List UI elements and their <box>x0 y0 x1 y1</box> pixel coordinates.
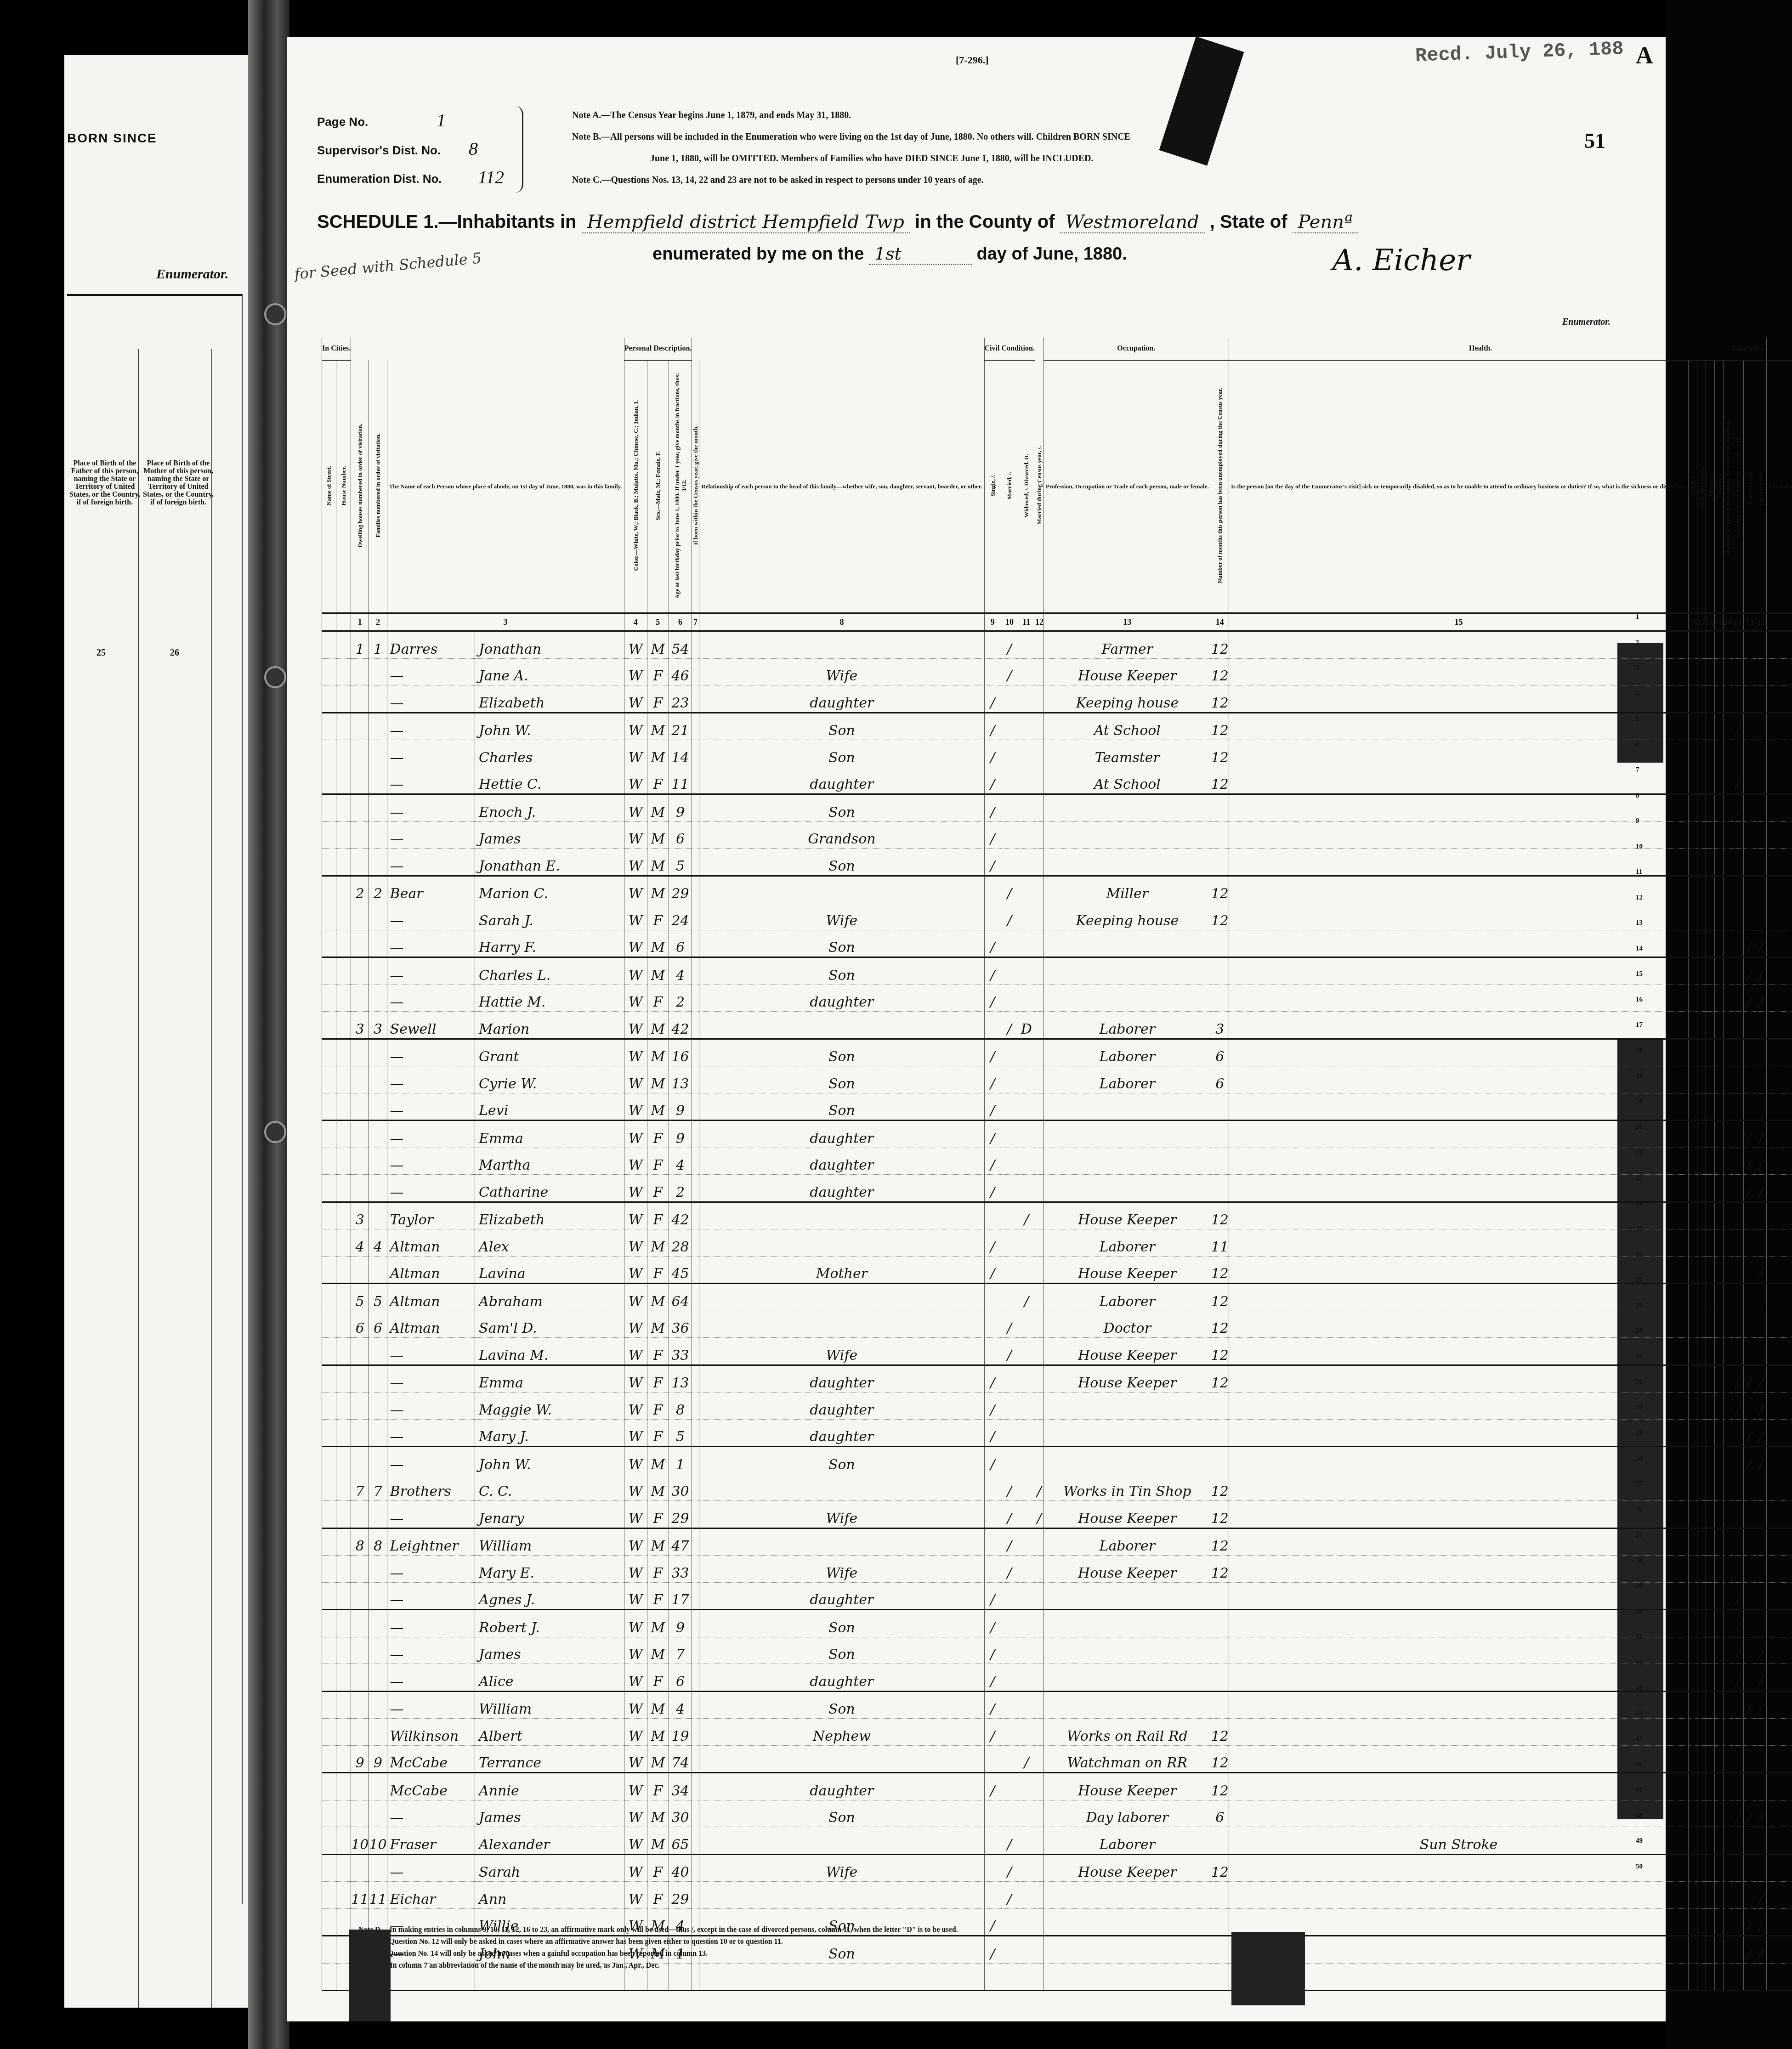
cell-occupation <box>1043 794 1211 822</box>
cell-birthplace: Pennª <box>1767 767 1792 794</box>
cell-house <box>336 1882 351 1909</box>
cell-cannot-read <box>1744 1229 1755 1257</box>
note-g: Note G.—In column 7 an abbreviation of t… <box>358 1960 958 1972</box>
cell-age: 6 <box>669 1664 692 1692</box>
cell-blind <box>1689 1447 1697 1474</box>
cell-married <box>1001 1284 1018 1311</box>
cell-deaf-dumb <box>1697 1556 1706 1583</box>
cell-birthplace: Pennª <box>1767 1202 1792 1229</box>
col-family-header: Families numbered in order of visitation… <box>369 360 387 613</box>
cell-family <box>369 1637 387 1664</box>
cell-given-name: Maggie W. <box>475 1392 624 1420</box>
cell-age: 7 <box>669 1637 692 1664</box>
col-maimed-header: Maimed, Crippled, Bedridden, or otherwis… <box>1724 360 1732 613</box>
cell-color: W <box>624 1284 647 1311</box>
header-notes: Note A.—The Census Year begins June 1, 1… <box>572 105 1537 191</box>
census-row: 99McCabeTerranceWM74/Watchman on RR12Ire… <box>322 1745 1792 1773</box>
cell-married-census-year <box>1035 1719 1043 1746</box>
cell-cannot-write: / <box>1755 1691 1767 1719</box>
cell-street <box>322 1392 336 1420</box>
cell-occupation: Farmer <box>1043 631 1211 659</box>
cell-sickness <box>1229 1501 1688 1528</box>
col-street-header: Name of Street. <box>322 360 336 613</box>
cell-age: 46 <box>669 658 692 685</box>
cell-street <box>322 821 336 849</box>
cell-single <box>984 1474 1001 1501</box>
cell-sickness <box>1229 1474 1688 1501</box>
cell-maimed <box>1724 1392 1732 1420</box>
cell-married: / <box>1001 1012 1018 1039</box>
cell-cannot-read <box>1744 1501 1755 1528</box>
line-number: 31 <box>1636 1378 1643 1386</box>
cell-idiotic <box>1706 1528 1715 1556</box>
col-num: 9 <box>984 613 1001 631</box>
cell-single: / <box>984 1719 1001 1746</box>
cell-idiotic <box>1706 1610 1715 1637</box>
cell-deaf-dumb <box>1697 985 1706 1012</box>
cell-married <box>1001 1800 1018 1827</box>
cell-dwelling: 8 <box>351 1528 369 1556</box>
cell-dwelling <box>351 1338 369 1365</box>
cell-maimed <box>1724 1419 1732 1447</box>
cell-maimed <box>1724 1365 1732 1392</box>
cell-months-unemployed: 12 <box>1211 876 1229 903</box>
cell-deaf-dumb <box>1697 876 1706 903</box>
census-row: —JenaryWF29Wife//House Keeper12PennPennP… <box>322 1501 1792 1528</box>
cell-married-census-year <box>1035 1610 1043 1637</box>
cell-months-unemployed: 12 <box>1211 631 1229 659</box>
cell-age: 29 <box>669 1501 692 1528</box>
cell-given-name: Sarah J. <box>475 903 624 930</box>
cell-birthplace: Ireland <box>1767 1745 1792 1773</box>
cell-age: 65 <box>669 1827 692 1855</box>
cell-family: 5 <box>369 1284 387 1311</box>
cell-idiotic <box>1706 1800 1715 1827</box>
cell-months-unemployed: 12 <box>1211 1528 1229 1556</box>
line-number: 2 <box>1636 639 1639 647</box>
cell-age: 30 <box>669 1474 692 1501</box>
cell-maimed <box>1724 876 1732 903</box>
cell-maimed <box>1724 1610 1732 1637</box>
cell-cannot-write: / <box>1755 1256 1767 1284</box>
cell-street <box>322 1773 336 1800</box>
col-num: 7 <box>692 613 699 631</box>
binder-ring <box>264 666 286 688</box>
cell-months-unemployed: 12 <box>1211 713 1229 740</box>
state-name: Pennª <box>1293 211 1358 233</box>
cell-cannot-write: / <box>1755 1908 1767 1936</box>
cell-surname: — <box>387 1556 475 1583</box>
cell-family <box>369 713 387 740</box>
cell-blind <box>1689 1012 1697 1039</box>
cell-surname: — <box>387 930 475 957</box>
cell-street <box>322 1854 336 1882</box>
cell-color: W <box>624 1719 647 1746</box>
cell-attended-school <box>1732 1501 1744 1528</box>
cell-occupation: House Keeper <box>1043 1365 1211 1392</box>
cell-age: 19 <box>669 1719 692 1746</box>
cell-house <box>336 1256 351 1284</box>
cell-age: 9 <box>669 1121 692 1148</box>
cell-dwelling: 6 <box>351 1311 369 1338</box>
cell-months-unemployed <box>1211 1447 1229 1474</box>
cell-maimed <box>1724 1963 1732 1991</box>
cell-color: W <box>624 1773 647 1800</box>
note-f: Note F.—Question No. 14 will only be ask… <box>358 1948 958 1960</box>
cell-blind <box>1689 957 1697 985</box>
cell-cannot-read <box>1744 1556 1755 1583</box>
cell-relationship: daughter <box>699 985 984 1012</box>
cell-cannot-read <box>1744 1827 1755 1855</box>
cell-maimed <box>1724 740 1732 767</box>
cell-relationship: Wife <box>699 1501 984 1528</box>
cell-given-name: Charles <box>475 740 624 767</box>
group-civil: Civil Condition. <box>984 338 1035 360</box>
cell-attended-school <box>1732 1963 1744 1991</box>
cell-street <box>322 794 336 822</box>
cell-dwelling <box>351 1148 369 1175</box>
cell-married <box>1001 1664 1018 1692</box>
cell-married <box>1001 1447 1018 1474</box>
column-number-row: 1 2 3 4 5 6 7 8 9 10 11 12 13 14 15 16 1… <box>322 613 1792 631</box>
cell-sex: F <box>647 685 669 713</box>
cell-attended-school <box>1732 876 1744 903</box>
cell-relationship: Son <box>699 957 984 985</box>
cell-age: 29 <box>669 1882 692 1909</box>
cell-months-unemployed <box>1211 1882 1229 1909</box>
cell-birthplace: Pennª <box>1767 1121 1792 1148</box>
cell-relationship: daughter <box>699 1419 984 1447</box>
cell-months-unemployed: 12 <box>1211 1719 1229 1746</box>
cell-idiotic <box>1706 1637 1715 1664</box>
cell-street <box>322 1175 336 1202</box>
cell-occupation: Laborer <box>1043 1827 1211 1855</box>
line-number: 39 <box>1636 1582 1643 1590</box>
cell-family <box>369 1093 387 1121</box>
cell-single: / <box>984 1582 1001 1610</box>
cell-sex: F <box>647 1664 669 1692</box>
cell-occupation: Laborer <box>1043 1012 1211 1039</box>
cell-married <box>1001 1256 1018 1284</box>
cell-deaf-dumb <box>1697 849 1706 876</box>
cell-dwelling <box>351 1610 369 1637</box>
cell-married <box>1001 1719 1018 1746</box>
cell-attended-school: / <box>1732 713 1744 740</box>
line-number: 28 <box>1636 1302 1643 1310</box>
cell-married <box>1001 1066 1018 1093</box>
cell-cannot-write: / <box>1755 1175 1767 1202</box>
cell-widowed <box>1018 1093 1035 1121</box>
cell-street <box>322 1419 336 1447</box>
cell-street <box>322 1556 336 1583</box>
cell-sickness <box>1229 1664 1688 1692</box>
cell-sex: M <box>647 1066 669 1093</box>
cell-cannot-read <box>1744 1882 1755 1909</box>
cell-idiotic <box>1706 985 1715 1012</box>
line-number: 32 <box>1636 1404 1643 1412</box>
cell-occupation <box>1043 1582 1211 1610</box>
cell-age: 29 <box>669 876 692 903</box>
cell-birth-month <box>692 1582 699 1610</box>
cell-surname: — <box>387 821 475 849</box>
cell-idiotic <box>1706 1338 1715 1365</box>
cell-sickness <box>1229 903 1688 930</box>
cell-house <box>336 849 351 876</box>
cell-house <box>336 1528 351 1556</box>
cell-deaf-dumb <box>1697 1392 1706 1420</box>
cell-age: 42 <box>669 1012 692 1039</box>
cell-age: 9 <box>669 794 692 822</box>
cell-birthplace: Penn <box>1767 1447 1792 1474</box>
cell-occupation: Watchman on RR <box>1043 1745 1211 1773</box>
cell-sex: F <box>647 1175 669 1202</box>
cell-family <box>369 957 387 985</box>
cell-street <box>322 1501 336 1528</box>
supervisor-label: Supervisor's Dist. No. <box>317 143 441 157</box>
cell-sex: M <box>647 1827 669 1855</box>
cell-deaf-dumb <box>1697 740 1706 767</box>
cell-blind <box>1689 1093 1697 1121</box>
cell-single <box>984 1854 1001 1882</box>
cell-widowed <box>1018 1148 1035 1175</box>
note-b1: Note B.—All persons will be included in … <box>572 126 1537 148</box>
cell-surname: Wilkinson <box>387 1719 475 1746</box>
cell-surname: — <box>387 1854 475 1882</box>
cell-birthplace: Penn <box>1767 1556 1792 1583</box>
cell-dwelling <box>351 849 369 876</box>
cell-widowed <box>1018 767 1035 794</box>
cell-married-census-year <box>1035 1338 1043 1365</box>
cell-widowed <box>1018 1474 1035 1501</box>
cell-single <box>984 1012 1001 1039</box>
cell-months-unemployed <box>1211 985 1229 1012</box>
cell-sickness <box>1229 767 1688 794</box>
cell-birth-month <box>692 1202 699 1229</box>
cell-surname: — <box>387 1175 475 1202</box>
cell-given-name: William <box>475 1528 624 1556</box>
cell-age: 13 <box>669 1066 692 1093</box>
cell-occupation <box>1043 1610 1211 1637</box>
cell-single: / <box>984 1229 1001 1257</box>
cell-insane <box>1715 1419 1724 1447</box>
cell-widowed <box>1018 658 1035 685</box>
cell-birth-month <box>692 1256 699 1284</box>
cell-sex: M <box>647 1800 669 1827</box>
cell-single: / <box>984 1419 1001 1447</box>
census-row: 11DarresJonathanWM54/Farmer12PennªPennªP… <box>322 631 1792 659</box>
schedule-title: SCHEDULE 1.—Inhabitants in Hempfield dis… <box>317 211 1358 233</box>
cell-relationship: Son <box>699 713 984 740</box>
cell-dwelling <box>351 1365 369 1392</box>
cell-single <box>984 876 1001 903</box>
cell-insane <box>1715 1528 1724 1556</box>
cell-widowed <box>1018 1719 1035 1746</box>
cell-cannot-read <box>1744 1664 1755 1692</box>
cell-birth-month <box>692 1501 699 1528</box>
cell-surname: — <box>387 1800 475 1827</box>
cell-dwelling: 3 <box>351 1012 369 1039</box>
cell-deaf-dumb <box>1697 794 1706 822</box>
cell-single: / <box>984 1093 1001 1121</box>
cell-deaf-dumb <box>1697 1338 1706 1365</box>
cell-married <box>1001 1093 1018 1121</box>
cell-insane <box>1715 1229 1724 1257</box>
cell-relationship: daughter <box>699 767 984 794</box>
cell-birthplace: Pennª <box>1767 1854 1792 1882</box>
cell-relationship: Wife <box>699 903 984 930</box>
cell-birthplace: Pennª <box>1767 685 1792 713</box>
cell-given-name: Martha <box>475 1148 624 1175</box>
census-row: —Jonathan E.WM5Son/PennPennPenn <box>322 849 1792 876</box>
cell-married-census-year <box>1035 1419 1043 1447</box>
cell-married <box>1001 740 1018 767</box>
cell-relationship: Wife <box>699 1556 984 1583</box>
cell-house <box>336 1610 351 1637</box>
cell-sickness <box>1229 1882 1688 1909</box>
cell-cannot-read <box>1744 876 1755 903</box>
cell-maimed <box>1724 957 1732 985</box>
cell-relationship: Son <box>699 1447 984 1474</box>
cell-dwelling <box>351 1039 369 1066</box>
cell-sickness <box>1229 1800 1688 1827</box>
cell-attended-school <box>1732 1311 1744 1338</box>
col-num: 16 <box>1689 613 1697 631</box>
cell-insane <box>1715 1908 1724 1936</box>
cell-deaf-dumb <box>1697 1773 1706 1800</box>
cell-married: / <box>1001 1501 1018 1528</box>
cell-married-census-year: / <box>1035 1474 1043 1501</box>
cell-attended-school: / <box>1732 767 1744 794</box>
cell-family: 10 <box>369 1827 387 1855</box>
cell-color: W <box>624 1175 647 1202</box>
cell-cannot-write <box>1755 849 1767 876</box>
cell-maimed <box>1724 1936 1732 1964</box>
census-row: McCabeAnnieWF34daughter/House Keeper12Ma… <box>322 1773 1792 1800</box>
cell-blind <box>1689 903 1697 930</box>
cell-dwelling <box>351 1800 369 1827</box>
cell-birthplace: Pennª <box>1767 903 1792 930</box>
cell-birthplace: Penn <box>1767 1501 1792 1528</box>
cell-given-name: James <box>475 821 624 849</box>
cell-family: 11 <box>369 1882 387 1909</box>
line-number: 6 <box>1636 741 1639 749</box>
col-idiotic-header: Idiotic, /. <box>1706 360 1715 613</box>
census-row: —WilliamWM4Son///PennPennPenn <box>322 1691 1792 1719</box>
cell-insane <box>1715 1827 1724 1855</box>
cell-sex: M <box>647 713 669 740</box>
cell-married <box>1001 794 1018 822</box>
cell-color: W <box>624 849 647 876</box>
cell-attended-school <box>1732 1773 1744 1800</box>
col-num: 11 <box>1018 613 1035 631</box>
cell-single: / <box>984 985 1001 1012</box>
cell-idiotic <box>1706 740 1715 767</box>
cell-surname: — <box>387 1039 475 1066</box>
cell-occupation <box>1043 1121 1211 1148</box>
cell-street <box>322 1827 336 1855</box>
census-row: —JamesWM30SonDay laborer6///MarylandIrel… <box>322 1800 1792 1827</box>
cell-married-census-year <box>1035 1202 1043 1229</box>
cell-months-unemployed <box>1211 821 1229 849</box>
cell-attended-school: / <box>1732 1392 1744 1420</box>
left-page-strip: BORN SINCE Enumerator. Place of Birth of… <box>64 55 276 2008</box>
cell-maimed <box>1724 1882 1732 1909</box>
line-number: 29 <box>1636 1327 1643 1335</box>
census-row: —Robert J.WM9Son//PennPennPenn <box>322 1610 1792 1637</box>
cell-house <box>336 1936 351 1964</box>
cell-color: W <box>624 1202 647 1229</box>
cell-color: W <box>624 985 647 1012</box>
cell-maimed <box>1724 1664 1732 1692</box>
cell-sex: M <box>647 930 669 957</box>
col-sex-header: Sex.—Male, M.; Female, F. <box>647 360 669 613</box>
cell-sickness <box>1229 1392 1688 1420</box>
cell-months-unemployed: 12 <box>1211 685 1229 713</box>
cell-months-unemployed: 12 <box>1211 1311 1229 1338</box>
cell-single: / <box>984 1066 1001 1093</box>
cell-street <box>322 1691 336 1719</box>
cell-dwelling <box>351 1664 369 1692</box>
cell-months-unemployed <box>1211 1121 1229 1148</box>
cell-birth-month <box>692 930 699 957</box>
enumerator-label: Enumerator. <box>1562 317 1611 328</box>
cell-family: 1 <box>369 631 387 659</box>
census-row: —John W.WM1Son///PennPennPenn <box>322 1447 1792 1474</box>
cell-surname: Sewell <box>387 1012 475 1039</box>
cell-relationship: daughter <box>699 685 984 713</box>
cell-occupation <box>1043 1447 1211 1474</box>
cell-surname: — <box>387 1664 475 1692</box>
cell-birthplace: Pennª <box>1767 1528 1792 1556</box>
col-num: 23 <box>1755 613 1767 631</box>
cell-cannot-read: / <box>1744 1936 1755 1964</box>
cell-given-name: John W. <box>475 1447 624 1474</box>
cell-maimed <box>1724 821 1732 849</box>
cell-cannot-write: / <box>1755 1664 1767 1692</box>
cell-maimed <box>1724 1745 1732 1773</box>
cell-sex: F <box>647 1365 669 1392</box>
cell-street <box>322 1664 336 1692</box>
cell-surname: — <box>387 658 475 685</box>
cell-cannot-read <box>1744 1582 1755 1610</box>
cell-sickness <box>1229 1556 1688 1583</box>
cell-cannot-read <box>1744 767 1755 794</box>
cell-relationship: Wife <box>699 1338 984 1365</box>
cell-birth-month <box>692 849 699 876</box>
cell-blind <box>1689 713 1697 740</box>
cell-insane <box>1715 821 1724 849</box>
cell-widowed <box>1018 794 1035 822</box>
cell-cannot-read: / <box>1744 1121 1755 1148</box>
cell-deaf-dumb <box>1697 1419 1706 1447</box>
cell-maimed <box>1724 930 1732 957</box>
line-number: 20 <box>1636 1098 1643 1106</box>
cell-idiotic <box>1706 1419 1715 1447</box>
cell-widowed <box>1018 1419 1035 1447</box>
cell-given-name: James <box>475 1800 624 1827</box>
col-num: 8 <box>699 613 984 631</box>
cell-street <box>322 1637 336 1664</box>
cell-attended-school <box>1732 740 1744 767</box>
census-row: —Maggie W.WF8daughter///PennPennPenn <box>322 1392 1792 1420</box>
cell-cannot-write <box>1755 903 1767 930</box>
cell-house <box>336 1664 351 1692</box>
cell-age: 21 <box>669 713 692 740</box>
cell-sex: M <box>647 740 669 767</box>
cell-occupation <box>1043 1936 1211 1964</box>
group-blank <box>692 338 984 360</box>
cell-insane <box>1715 685 1724 713</box>
